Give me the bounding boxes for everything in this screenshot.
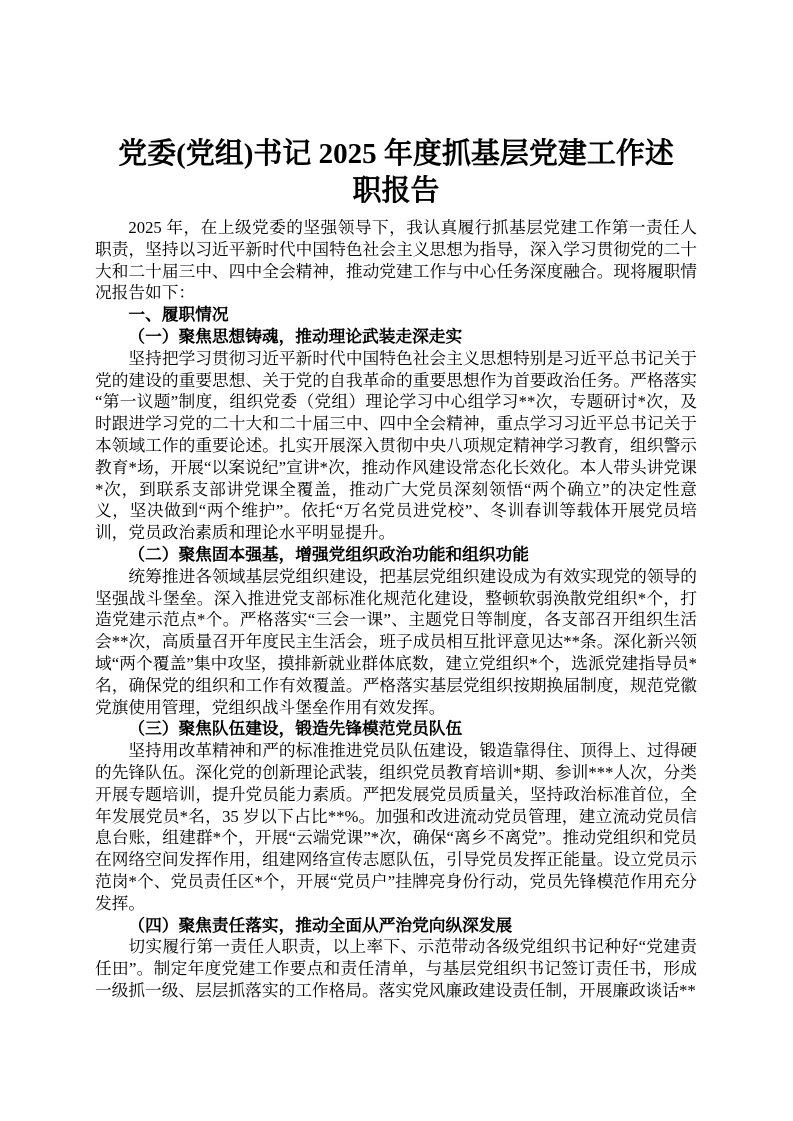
document-page: 党委(党组)书记 2025 年度抓基层党建工作述职报告 2025 年，在上级党委… (0, 0, 793, 1121)
intro-paragraph: 2025 年，在上级党委的坚强领导下，我认真履行抓基层党建工作第一责任人职责，坚… (95, 217, 697, 304)
subsection-heading-4-responsibility: （四）聚焦责任落实，推动全面从严治党向纵深发展 (95, 915, 697, 937)
subsection-paragraph-2: 统筹推进各领域基层党组织建设，把基层党组织建设成为有效实现党的领导的坚强战斗堡垒… (95, 566, 697, 719)
subsection-paragraph-4: 切实履行第一责任人职责，以上率下、示范带动各级党组织书记种好“党建责任田”。制定… (95, 936, 697, 1001)
subsection-heading-3-team: （三）聚焦队伍建设，锻造先锋模范党员队伍 (95, 718, 697, 740)
subsection-paragraph-3: 坚持用改革精神和严的标准推进党员队伍建设，锻造靠得住、顶得上、过得硬的先锋队伍。… (95, 740, 697, 914)
document-title: 党委(党组)书记 2025 年度抓基层党建工作述职报告 (106, 136, 686, 210)
subsection-heading-1-theory: （一）聚焦思想铸魂，推动理论武装走深走实 (95, 326, 697, 348)
section-heading-performance: 一、履职情况 (95, 304, 697, 326)
subsection-heading-2-organization: （二）聚焦固本强基，增强党组织政治功能和组织功能 (95, 544, 697, 566)
subsection-paragraph-1: 坚持把学习贯彻习近平新时代中国特色社会主义思想特别是习近平总书记关于党的建设的重… (95, 348, 697, 544)
